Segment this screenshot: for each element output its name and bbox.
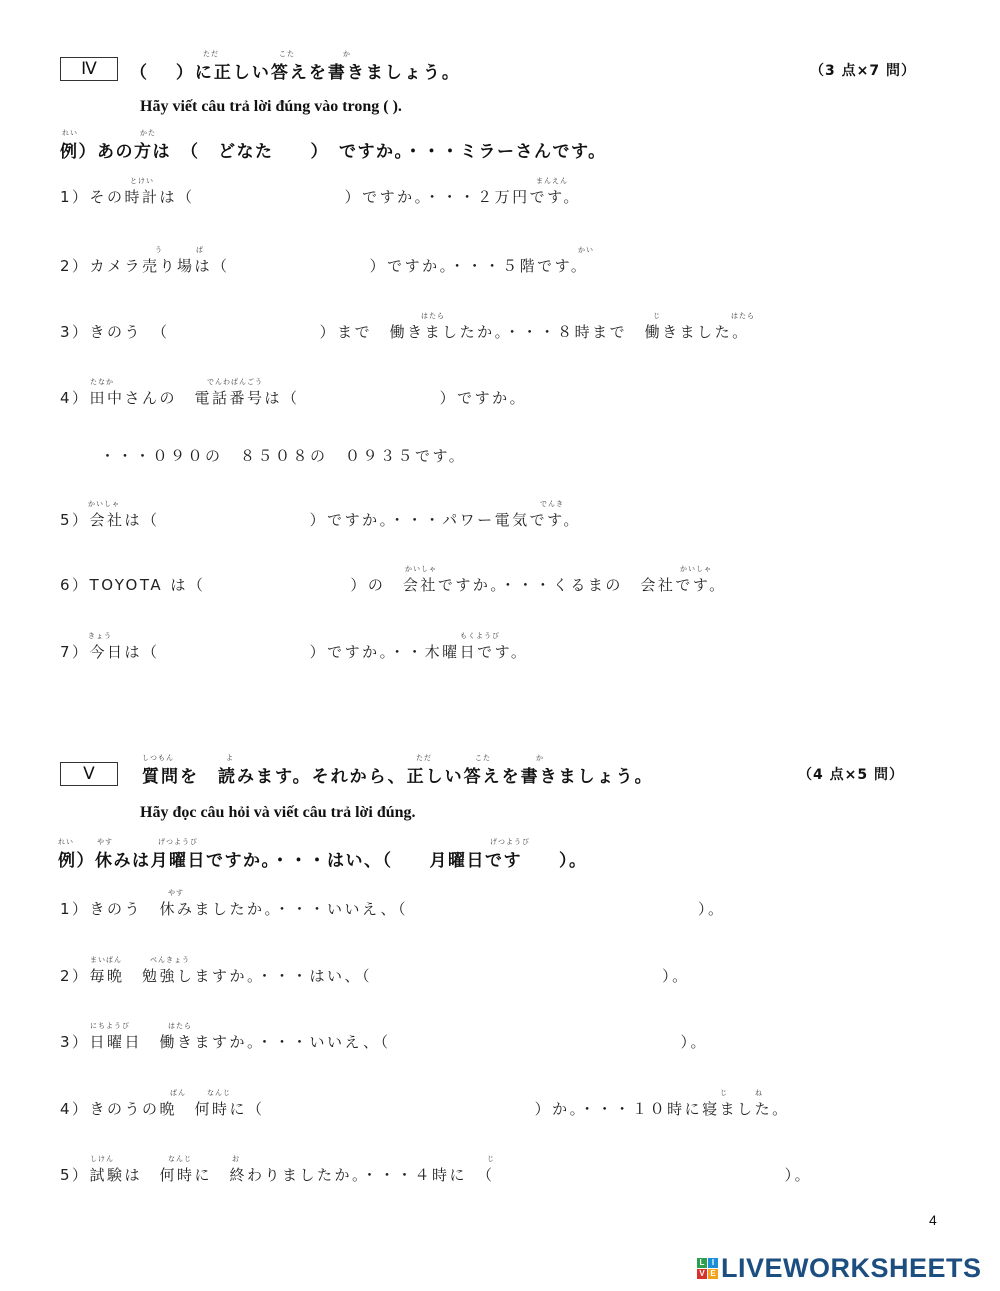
question-4-answer-line: ・・・０９０の ８５０８の ０９３５です。 bbox=[100, 445, 466, 466]
question-5-furigana: じ bbox=[487, 1154, 495, 1164]
question-number: 5） bbox=[60, 511, 90, 529]
question-4-furigana: じ bbox=[720, 1088, 728, 1098]
question-2-furigana: まいばん bbox=[90, 955, 122, 965]
question-number: 3） bbox=[60, 323, 90, 341]
question-number: 5） bbox=[60, 1166, 90, 1184]
section-5-heading-furigana: こた bbox=[475, 753, 491, 763]
question-text-after: ）。 bbox=[662, 967, 690, 985]
question-text: 毎晩 勉強しますか。・・・はい、（ bbox=[90, 967, 373, 985]
question-text: その時計は（ bbox=[90, 188, 195, 206]
question-text-after: ）ですか。・・木曜日です。 bbox=[310, 643, 529, 661]
section-5-heading-furigana: か bbox=[536, 753, 544, 763]
question-text-after: ）。 bbox=[785, 1166, 813, 1184]
section-5-example-furigana: やす bbox=[97, 837, 113, 847]
section-5-heading-furigana: しつもん bbox=[142, 753, 174, 763]
section-5-number-box: Ⅴ bbox=[60, 762, 118, 786]
section-5-example: 例）休みは月曜日ですか。・・・はい、（ 月曜日です ）。 bbox=[58, 846, 588, 871]
question-2-furigana: ば bbox=[196, 245, 204, 255]
question-3: 3）きのう （）まで 働きましたか。・・・８時まで 働きました。 bbox=[60, 321, 750, 342]
question-text: 田中さんの 電話番号は（ bbox=[90, 389, 300, 407]
question-text-after: ）。 bbox=[680, 1033, 708, 1051]
question-1: 1）その時計は（）ですか。・・・２万円です。 bbox=[60, 186, 581, 207]
question-text-after: ）の 会社ですか。・・・くるまの 会社です。 bbox=[350, 576, 726, 594]
question-6-furigana: かいしゃ bbox=[680, 564, 712, 574]
question-text: 試験は 何時に 終わりましたか。・・・４時に （ bbox=[90, 1166, 495, 1184]
section-5-example-furigana: れい bbox=[58, 837, 74, 847]
question-1-furigana: とけい bbox=[130, 176, 154, 186]
question-text: 今日は（ bbox=[90, 643, 160, 661]
question-2: 2）毎晩 勉強しますか。・・・はい、（）。 bbox=[60, 965, 690, 986]
question-3: 3）日曜日 働きますか。・・・いいえ、（）。 bbox=[60, 1031, 708, 1052]
section-4-points: （3 点×7 問） bbox=[810, 60, 916, 80]
section-5-heading: 質問を 読みます。それから、正しい答えを書きましょう。 bbox=[142, 762, 654, 787]
section-4-instruction: Hãy viết câu trả lời đúng vào trong ( ). bbox=[140, 98, 402, 116]
liveworksheets-logo: LIVE LIVEWORKSHEETS bbox=[697, 1253, 982, 1284]
question-number: 1） bbox=[60, 188, 90, 206]
question-text-after: ）ですか。・・・５階です。 bbox=[370, 257, 589, 275]
question-text: TOYOTA は（ bbox=[90, 576, 206, 594]
section-5-number: Ⅴ bbox=[83, 764, 95, 783]
question-text: きのうの晩 何時に（ bbox=[90, 1100, 265, 1118]
section-4-heading-furigana: か bbox=[343, 49, 351, 59]
question-4-furigana: でんわばんごう bbox=[207, 377, 263, 387]
page-number: 4 bbox=[929, 1212, 937, 1228]
logo-letter-tile: E bbox=[708, 1269, 718, 1279]
question-5-furigana: しけん bbox=[90, 1154, 114, 1164]
section-4-heading-furigana: こた bbox=[279, 49, 295, 59]
question-2-furigana: う bbox=[155, 245, 163, 255]
question-text: 会社は（ bbox=[90, 511, 160, 529]
question-1-furigana: やす bbox=[168, 888, 184, 898]
question-5-furigana: お bbox=[232, 1154, 240, 1164]
question-number: 2） bbox=[60, 257, 90, 275]
question-3-furigana: はたら bbox=[731, 311, 755, 321]
question-4: 4）きのうの晩 何時に（）か。・・・１０時に寝ました。 bbox=[60, 1098, 790, 1119]
question-number: 6） bbox=[60, 576, 90, 594]
question-text-after: ）ですか。 bbox=[440, 389, 528, 407]
question-1-furigana: まんえん bbox=[536, 176, 568, 186]
question-text: カメラ売り場は（ bbox=[90, 257, 230, 275]
logo-letter-tile: V bbox=[697, 1269, 707, 1279]
question-5-furigana: でんき bbox=[540, 499, 564, 509]
question-4-furigana: ね bbox=[755, 1088, 763, 1098]
question-2-furigana: かい bbox=[578, 245, 594, 255]
question-6-furigana: かいしゃ bbox=[405, 564, 437, 574]
question-text: きのう （ bbox=[90, 323, 170, 341]
section-4-number-box: Ⅳ bbox=[60, 57, 118, 81]
question-3-furigana: じ bbox=[653, 311, 661, 321]
section-5-heading-furigana: よ bbox=[226, 753, 234, 763]
question-3-furigana: はたら bbox=[168, 1021, 192, 1031]
question-4: 4）田中さんの 電話番号は（）ですか。 bbox=[60, 387, 527, 408]
logo-letter-tile: L bbox=[697, 1258, 707, 1268]
question-number: 4） bbox=[60, 1100, 90, 1118]
section-4-example: 例）あの方は （ どなた ） ですか。・・・ミラーさんです。 bbox=[60, 137, 607, 162]
question-number: 3） bbox=[60, 1033, 90, 1051]
question-7: 7）今日は（）ですか。・・木曜日です。 bbox=[60, 641, 528, 662]
section-5-example-furigana: げつようび bbox=[158, 837, 198, 847]
question-text-after: ）ですか。・・・２万円です。 bbox=[345, 188, 581, 206]
section-4-heading-furigana: ただ bbox=[203, 49, 219, 59]
logo-text: LIVEWORKSHEETS bbox=[721, 1253, 982, 1284]
question-text-after: ）ですか。・・・パワー電気です。 bbox=[310, 511, 581, 529]
question-6: 6）TOYOTA は（）の 会社ですか。・・・くるまの 会社です。 bbox=[60, 574, 727, 595]
section-4-example-furigana: れい bbox=[62, 128, 78, 138]
question-text-after: ）。 bbox=[698, 900, 726, 918]
logo-letter-tile: I bbox=[708, 1258, 718, 1268]
question-3-furigana: はたら bbox=[421, 311, 445, 321]
question-2: 2）カメラ売り場は（）ですか。・・・５階です。 bbox=[60, 255, 588, 276]
question-1: 1）きのう 休みましたか。・・・いいえ、（）。 bbox=[60, 898, 725, 919]
question-2-furigana: べんきょう bbox=[150, 955, 190, 965]
live-logo-icon: LIVE bbox=[697, 1258, 718, 1279]
question-text-after: ）まで 働きましたか。・・・８時まで 働きました。 bbox=[320, 323, 750, 341]
question-4-furigana: たなか bbox=[90, 377, 114, 387]
question-text-after: ）か。・・・１０時に寝ました。 bbox=[535, 1100, 790, 1118]
question-5: 5）会社は（）ですか。・・・パワー電気です。 bbox=[60, 509, 581, 530]
question-5-furigana: かいしゃ bbox=[88, 499, 120, 509]
section-5-instruction: Hãy đọc câu hỏi và viết câu trả lời đúng… bbox=[140, 804, 416, 822]
question-7-furigana: きょう bbox=[88, 631, 112, 641]
question-4-furigana: なんじ bbox=[207, 1088, 231, 1098]
section-4-example-furigana: かた bbox=[140, 128, 156, 138]
question-number: 1） bbox=[60, 900, 90, 918]
question-5: 5）試験は 何時に 終わりましたか。・・・４時に （）。 bbox=[60, 1164, 812, 1185]
section-4-number: Ⅳ bbox=[81, 59, 97, 78]
question-3-furigana: にちようび bbox=[90, 1021, 130, 1031]
section-5-example-furigana: げつようび bbox=[490, 837, 530, 847]
question-number: 7） bbox=[60, 643, 90, 661]
question-5-furigana: なんじ bbox=[168, 1154, 192, 1164]
question-text: 日曜日 働きますか。・・・いいえ、（ bbox=[90, 1033, 391, 1051]
question-4-furigana: ばん bbox=[170, 1088, 186, 1098]
question-text: きのう 休みましたか。・・・いいえ、（ bbox=[90, 900, 408, 918]
section-4-heading: （ ）に正しい答えを書きましょう。 bbox=[130, 58, 461, 83]
section-5-heading-furigana: ただ bbox=[416, 753, 432, 763]
question-number: 2） bbox=[60, 967, 90, 985]
question-number: 4） bbox=[60, 389, 90, 407]
section-5-points: （4 点×5 問） bbox=[798, 764, 904, 784]
question-7-furigana: もくようび bbox=[460, 631, 500, 641]
